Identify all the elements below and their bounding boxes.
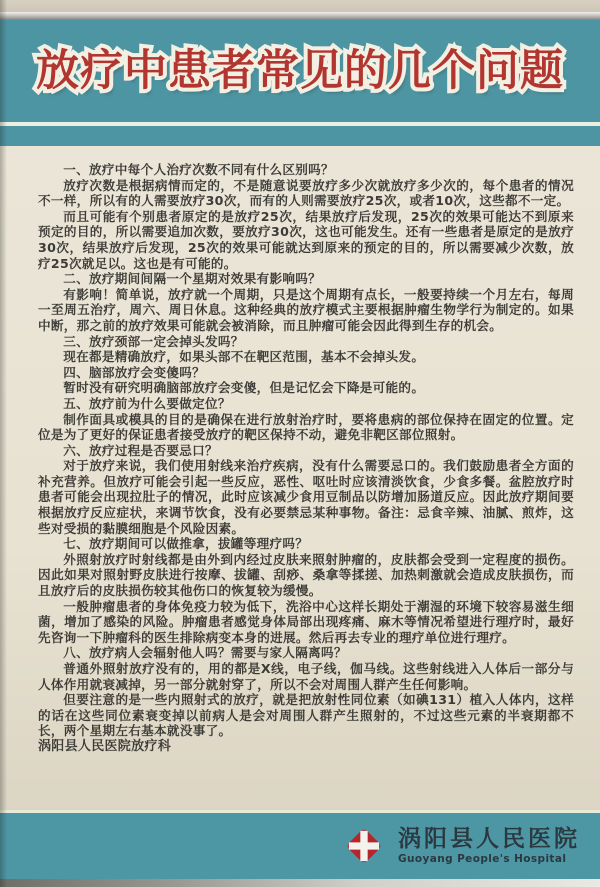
answer-paragraph: 制作面具或模具的目的是确保在进行放射治疗时，要将患病的部位保持在固定的位置。定位… xyxy=(38,412,574,443)
question-heading: 四、脑部放疗会变傻吗？ xyxy=(38,365,574,381)
hospital-name-block: 涡阳县人民医院 Guoyang People's Hospital xyxy=(398,827,580,866)
hospital-footer: 涡阳县人民医院 Guoyang People's Hospital xyxy=(0,813,600,879)
teal-strip xyxy=(0,126,600,146)
answer-paragraph: 对于放疗来说，我们使用射线来治疗疾病，没有什么需要忌口的。我们鼓励患者全方面的补… xyxy=(38,458,574,536)
qa-section-8: 八、放疗病人会辐射他人吗？需要与家人隔离吗？ 普通外照射放疗没有的，用的都是X线… xyxy=(38,645,574,739)
qa-section-7: 七、放疗期间可以做推拿，拔罐等理疗吗？ 外照射放疗时射线都是由外到内经过皮肤来照… xyxy=(38,536,574,645)
question-heading: 一、放疗中每个人治疗次数不同有什么区别吗？ xyxy=(38,162,574,178)
hospital-name-cn: 涡阳县人民医院 xyxy=(398,827,580,852)
hospital-name-en: Guoyang People's Hospital xyxy=(398,854,566,866)
poster-body: 一、放疗中每个人治疗次数不同有什么区别吗？ 放疗次数是根据病情而定的，不是随意说… xyxy=(0,146,600,810)
answer-paragraph: 现在都是精确放疗，如果头部不在靶区范围，基本不会掉头发。 xyxy=(38,349,574,365)
question-heading: 五、放疗前为什么要做定位？ xyxy=(38,396,574,412)
question-heading: 八、放疗病人会辐射他人吗？需要与家人隔离吗？ xyxy=(38,645,574,661)
answer-paragraph: 有影响！简单说，放疗就一个周期，只是这个周期有点长，一般要持续一个月左右，每周一… xyxy=(38,287,574,334)
answer-paragraph: 外照射放疗时射线都是由外到内经过皮肤来照射肿瘤的，皮肤都会受到一定程度的损伤。因… xyxy=(38,552,574,599)
poster-title: 放疗中患者常见的几个问题 放疗中患者常见的几个问题 xyxy=(36,50,564,93)
frame-edge xyxy=(0,12,600,20)
hospital-logo-icon xyxy=(342,824,386,868)
qa-section-2: 二、放疗期间间隔一个星期对效果有影响吗？ 有影响！简单说，放疗就一个周期，只是这… xyxy=(38,271,574,333)
table-edge-strip xyxy=(0,879,600,887)
department-signature: 涡阳县人民医院放疗科 xyxy=(38,739,574,755)
question-heading: 二、放疗期间间隔一个星期对效果有影响吗？ xyxy=(38,271,574,287)
qa-section-1: 一、放疗中每个人治疗次数不同有什么区别吗？ 放疗次数是根据病情而定的，不是随意说… xyxy=(38,162,574,271)
qa-section-6: 六、放疗过程是否要忌口？ 对于放疗来说，我们使用射线来治疗疾病，没有什么需要忌口… xyxy=(38,443,574,537)
radiotherapy-faq-poster: 放疗中患者常见的几个问题 放疗中患者常见的几个问题 一、放疗中每个人治疗次数不同… xyxy=(0,0,600,887)
wall-strip xyxy=(0,0,600,12)
answer-paragraph: 而且可能有个别患者原定的是放疗25次，结果放疗后发现，25次的效果可能达不到原来… xyxy=(38,209,574,271)
qa-section-3: 三、放疗颈部一定会掉头发吗？ 现在都是精确放疗，如果头部不在靶区范围，基本不会掉… xyxy=(38,334,574,365)
poster-title-text: 放疗中患者常见的几个问题 xyxy=(36,46,564,96)
qa-section-5: 五、放疗前为什么要做定位？ 制作面具或模具的目的是确保在进行放射治疗时，要将患病… xyxy=(38,396,574,443)
question-heading: 七、放疗期间可以做推拿，拔罐等理疗吗？ xyxy=(38,536,574,552)
title-band: 放疗中患者常见的几个问题 放疗中患者常见的几个问题 xyxy=(0,20,600,122)
answer-paragraph: 放疗次数是根据病情而定的，不是随意说要放疗多少次就放疗多少次的，每个患者的情况不… xyxy=(38,178,574,209)
answer-paragraph: 但要注意的是一些内照射式的放疗，就是把放射性同位素（如碘131）植入人体内，这样… xyxy=(38,692,574,739)
question-heading: 六、放疗过程是否要忌口？ xyxy=(38,443,574,459)
question-heading: 三、放疗颈部一定会掉头发吗？ xyxy=(38,334,574,350)
answer-paragraph: 一般肿瘤患者的身体免疫力较为低下，洗浴中心这样长期处于潮湿的环境下较容易滋生细菌… xyxy=(38,599,574,646)
qa-section-4: 四、脑部放疗会变傻吗？ 暂时没有研究明确脑部放疗会变傻，但是记忆会下降是可能的。 xyxy=(38,365,574,396)
answer-paragraph: 普通外照射放疗没有的，用的都是X线，电子线，伽马线。这些射线进入人体后一部分与人… xyxy=(38,661,574,692)
answer-paragraph: 暂时没有研究明确脑部放疗会变傻，但是记忆会下降是可能的。 xyxy=(38,380,574,396)
